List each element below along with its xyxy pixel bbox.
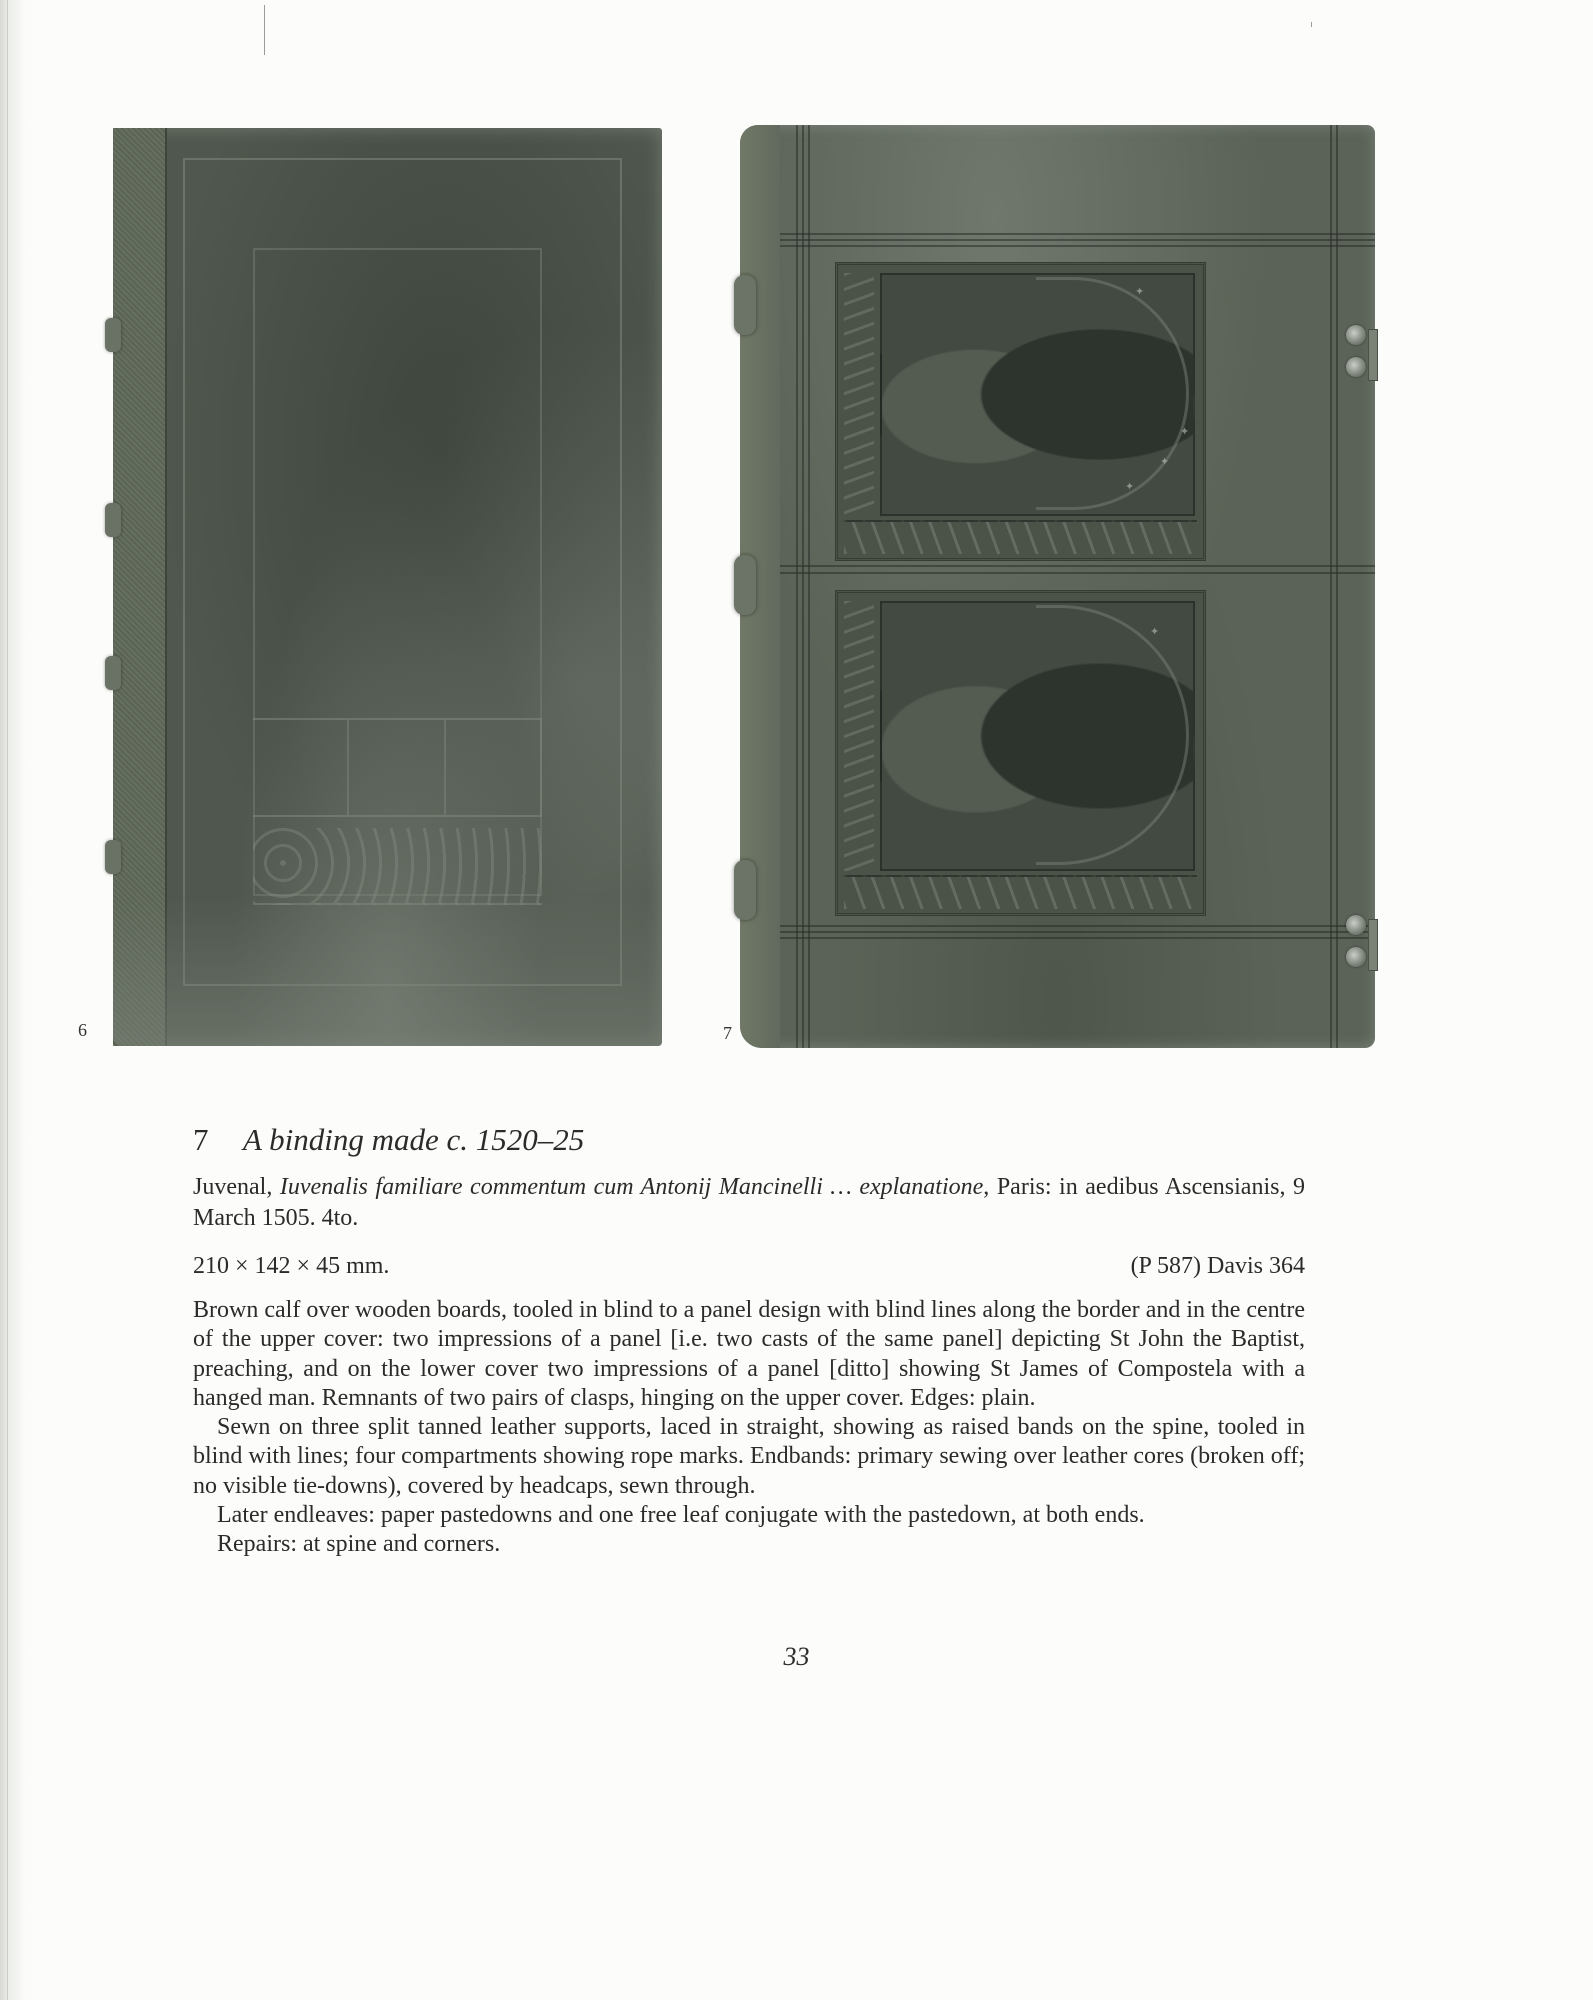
foliate-frieze — [844, 520, 1197, 554]
entry-title: A binding made c. 1520–25 — [243, 1122, 584, 1157]
figure-7-binding-photo: ✦ ✦ ✦ ✦ ✦ — [740, 125, 1375, 1048]
compartment — [253, 720, 349, 815]
blind-line — [780, 572, 1375, 574]
blind-line — [796, 125, 798, 1048]
raised-band — [105, 656, 121, 690]
raised-band — [105, 840, 121, 874]
citation-work-title: Iuvenalis familiare commentum cum Antoni… — [280, 1174, 983, 1200]
star-icon: ✦ — [1160, 455, 1169, 468]
page-number: 33 — [0, 1642, 1593, 1672]
clasp-remnant — [1368, 919, 1378, 971]
blind-line — [780, 931, 1375, 933]
blind-line — [780, 565, 1375, 567]
star-icon: ✦ — [1125, 480, 1134, 493]
blind-line — [780, 239, 1375, 241]
citation-imprint: , Paris: in aedibus Ascensianis, — [983, 1174, 1285, 1200]
floral-roll — [253, 828, 542, 905]
foliate-border — [844, 273, 874, 516]
raised-band — [734, 860, 756, 920]
compartment — [446, 720, 542, 815]
figure-6-binding-photo — [113, 128, 662, 1046]
star-icon: ✦ — [1180, 425, 1189, 438]
blind-line — [808, 125, 810, 1048]
compartment — [349, 720, 445, 815]
heraldic-compartments — [253, 718, 542, 817]
figure-label-6: 6 — [78, 1020, 87, 1041]
foliate-frieze — [844, 875, 1197, 909]
page-gutter-shadow — [0, 0, 26, 2000]
raised-band — [105, 318, 121, 352]
dimensions: 210 × 142 × 45 mm. — [193, 1251, 389, 1282]
blind-line — [1330, 125, 1332, 1048]
gutter-line — [7, 0, 8, 2000]
scan-mark — [264, 5, 265, 55]
clasp-rivet — [1346, 947, 1366, 967]
bibliographic-citation: Juvenal, Iuvenalis familiare commentum c… — [193, 1172, 1305, 1234]
entry-number: 7 — [193, 1120, 243, 1160]
citation-author: Juvenal, — [193, 1174, 272, 1200]
blind-line — [780, 937, 1375, 939]
raised-band — [105, 503, 121, 537]
blind-line — [780, 233, 1375, 235]
foliate-border — [844, 601, 874, 871]
paragraph-covering: Brown calf over wooden boards, tooled in… — [193, 1296, 1305, 1413]
paragraph-endleaves: Later endleaves: paper pastedowns and on… — [193, 1501, 1305, 1530]
blind-line — [1336, 125, 1338, 1048]
blind-line — [780, 245, 1375, 247]
references: (P 587) Davis 364 — [1131, 1251, 1305, 1282]
clasp-rivet — [1346, 357, 1366, 377]
clasp-rivet — [1346, 325, 1366, 345]
raised-band — [734, 555, 756, 615]
blind-line — [802, 125, 804, 1048]
star-icon: ✦ — [1150, 625, 1159, 638]
scan-mark — [1311, 22, 1312, 27]
blind-line — [780, 925, 1375, 927]
raised-band — [734, 275, 756, 335]
star-icon: ✦ — [1135, 285, 1144, 298]
figure-label-7: 7 — [723, 1023, 732, 1044]
panel-lower — [835, 590, 1206, 916]
clasp-rivet — [1346, 915, 1366, 935]
entry-heading: 7A binding made c. 1520–25 — [193, 1120, 584, 1160]
panel-upper — [835, 262, 1206, 561]
paragraph-sewing: Sewn on three split tanned leather suppo… — [193, 1413, 1305, 1501]
description-body: Brown calf over wooden boards, tooled in… — [193, 1296, 1305, 1560]
worn-lower-edge — [113, 896, 662, 1046]
dimensions-row: 210 × 142 × 45 mm. (P 587) Davis 364 — [193, 1251, 1305, 1282]
paragraph-repairs: Repairs: at spine and corners. — [193, 1530, 1305, 1559]
clasp-remnant — [1368, 329, 1378, 381]
